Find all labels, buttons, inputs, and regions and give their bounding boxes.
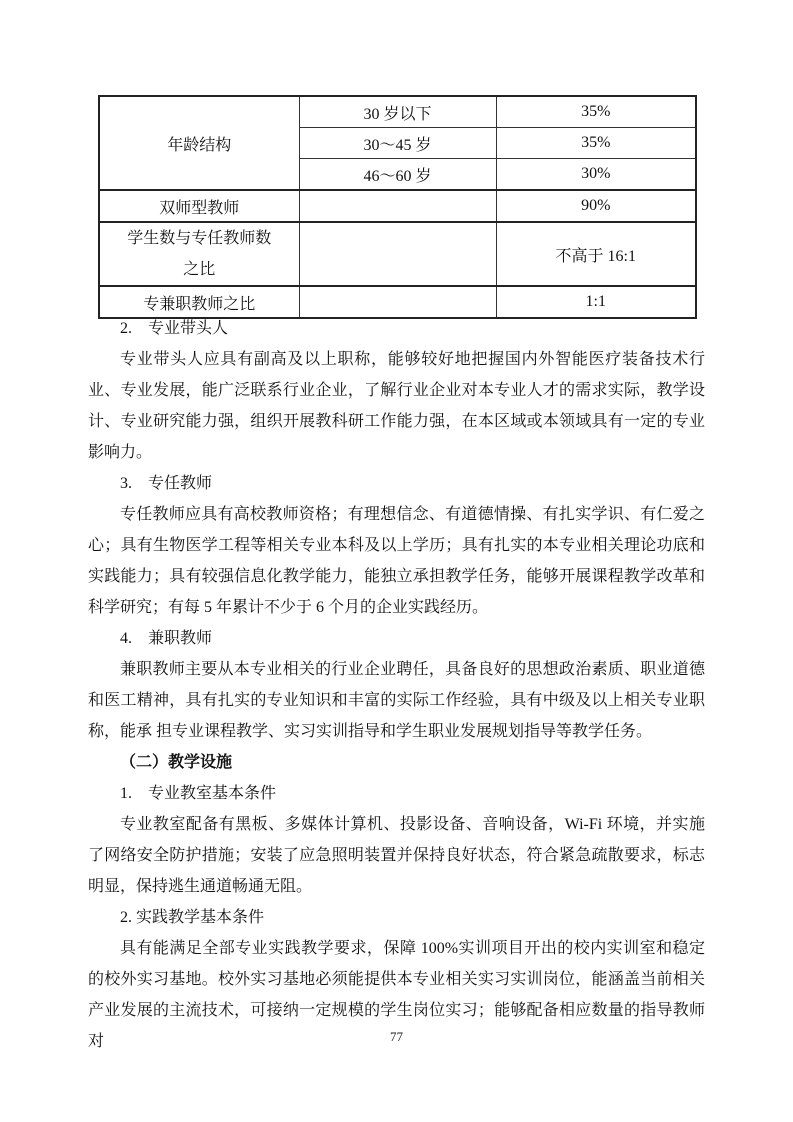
age-range-text: 30～45 岁 (363, 137, 431, 154)
row-value-text: 1:1 (586, 293, 606, 310)
table-row-double-qualified: 双师型教师 90% (99, 190, 696, 222)
faculty-requirements-table-wrap: 年龄结构 30 岁以下 35% 30～45 岁 35% (98, 95, 697, 319)
paragraph-parttime-teacher: 兼职教师主要从本专业相关的行业企业聘任，具备良好的思想政治素质、职业道德和医工精… (88, 654, 705, 747)
cell-double-qualified-middle (299, 190, 496, 222)
document-page: 年龄结构 30 岁以下 35% 30～45 岁 35% (0, 0, 793, 1122)
section-heading-classroom-conditions: 1. 专业教室基本条件 (88, 778, 705, 809)
cell-student-teacher-ratio-label: 学生数与专任教师数之比 (99, 222, 299, 286)
cell-age-value-30-45: 35% (496, 128, 696, 159)
table-row-student-teacher-ratio: 学生数与专任教师数之比 不高于 16:1 (99, 222, 696, 286)
age-structure-label: 年龄结构 (167, 137, 231, 154)
section-heading-parttime-teacher: 4. 兼职教师 (88, 623, 705, 654)
page-number: 77 (0, 1029, 793, 1045)
cell-student-teacher-ratio-value: 不高于 16:1 (496, 222, 696, 286)
cell-age-structure-label: 年龄结构 (99, 96, 299, 190)
row-label-text: 学生数与专任教师数之比 (124, 223, 274, 285)
row-label-text: 双师型教师 (159, 200, 239, 217)
age-value-text: 35% (581, 134, 610, 151)
cell-double-qualified-label: 双师型教师 (99, 190, 299, 222)
faculty-requirements-table: 年龄结构 30 岁以下 35% 30～45 岁 35% (98, 95, 697, 319)
table-row-age-1: 年龄结构 30 岁以下 35% (99, 96, 696, 128)
section-heading-fulltime-teacher: 3. 专任教师 (88, 468, 705, 499)
row-label-text: 专兼职教师之比 (143, 296, 255, 313)
paragraph-fulltime-teacher: 专任教师应具有高校教师资格；有理想信念、有道德情操、有扎实学识、有仁爱之心；具有… (88, 499, 705, 623)
paragraph-professional-leader: 专业带头人应具有副高及以上职称，能够较好地把握国内外智能医疗装备技术行业、专业发… (88, 344, 705, 468)
section-heading-practice-conditions: 2. 实践教学基本条件 (88, 902, 705, 933)
cell-age-range-30-45: 30～45 岁 (299, 128, 496, 159)
cell-age-value-under30: 35% (496, 96, 696, 128)
section-heading-professional-leader: 2. 专业带头人 (88, 313, 705, 344)
age-value-text: 30% (581, 165, 610, 182)
row-value-text: 不高于 16:1 (556, 248, 636, 265)
cell-double-qualified-value: 90% (496, 190, 696, 222)
cell-student-teacher-ratio-middle (299, 222, 496, 286)
section-heading-teaching-facilities: （二）教学设施 (88, 747, 705, 778)
document-body: 2. 专业带头人 专业带头人应具有副高及以上职称，能够较好地把握国内外智能医疗装… (88, 313, 705, 1057)
age-range-text: 46～60 岁 (363, 168, 431, 185)
cell-age-value-46-60: 30% (496, 159, 696, 191)
cell-age-range-46-60: 46～60 岁 (299, 159, 496, 191)
age-range-text: 30 岁以下 (363, 106, 431, 123)
age-value-text: 35% (581, 103, 610, 120)
cell-age-range-under30: 30 岁以下 (299, 96, 496, 128)
paragraph-classroom-conditions: 专业教室配备有黑板、多媒体计算机、投影设备、音响设备，Wi-Fi 环境，并实施了… (88, 809, 705, 902)
row-value-text: 90% (581, 197, 610, 214)
